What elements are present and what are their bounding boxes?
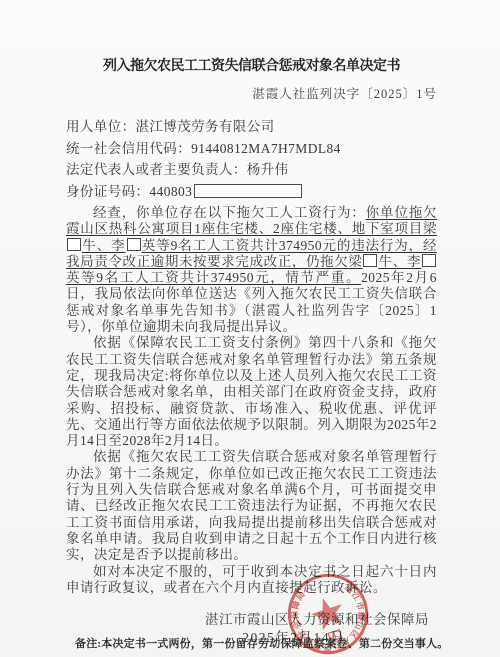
- redacted-char-box: [363, 254, 377, 267]
- issuing-agency-name: 湛江市霞山区人力资源和社会保障局: [66, 611, 437, 628]
- document-body: 经查，你单位存在以下拖欠工人工资行为：你单位拖欠霞山区热科公寓项目1座住宅楼、2…: [66, 205, 437, 596]
- findings-underlined-2: 牛、李: [82, 238, 126, 253]
- legal-representative-line: 法定代表人或者主要负责人：杨升伟: [66, 159, 437, 181]
- document-title: 列入拖欠农民工工资失信联合惩戒对象名单决定书: [66, 58, 437, 76]
- findings-lead-text: 经查，你单位存在以下拖欠工人工资行为：: [93, 205, 366, 220]
- employer-name-line: 用人单位：湛江博茂劳务有限公司: [66, 116, 437, 138]
- decision-document-page: 列入拖欠农民工工资失信联合惩戒对象名单决定书 湛霞人社监列决字〔2025〕1号 …: [0, 0, 500, 657]
- redacted-char-box: [67, 238, 81, 251]
- id-number-redaction-box: [194, 184, 302, 198]
- redacted-char-box: [127, 238, 141, 251]
- footer-note: 备注:本决定书一式两份，第一份留存劳动保障监察案卷、第二份交当事人。: [75, 635, 448, 651]
- document-number: 湛霞人社监列决字〔2025〕1号: [66, 84, 437, 102]
- paragraph-removal-procedure: 依据《拖欠农民工工资失信联合惩戒对象名单管理暂行办法》第十二条规定，你单位如已改…: [66, 449, 437, 563]
- redacted-char-box: [422, 254, 436, 267]
- findings-underlined-4: 牛、李: [378, 254, 421, 269]
- id-number-line: 身份证号码：440803: [66, 181, 437, 203]
- id-number-prefix: 身份证号码：440803: [66, 184, 192, 199]
- findings-underlined-5: 英等9名工人工资共计374950元，情节严重。: [66, 270, 361, 285]
- paragraph-appeal-rights: 如对本决定不服的，可于收到本决定书之日起六十日内申请行政复议，或者在六个月内直接…: [66, 564, 437, 597]
- employer-info-block: 用人单位：湛江博茂劳务有限公司 统一社会信用代码：91440812MA7H7MD…: [66, 116, 437, 202]
- paragraph-decision: 依据《保障农民工工资支付条例》第四十八条和《拖欠农民工工资失信联合惩戒对象名单管…: [66, 335, 437, 449]
- credit-code-line: 统一社会信用代码：91440812MA7H7MDL84: [66, 138, 437, 160]
- paragraph-findings: 经查，你单位存在以下拖欠工人工资行为：你单位拖欠霞山区热科公寓项目1座住宅楼、2…: [66, 205, 437, 335]
